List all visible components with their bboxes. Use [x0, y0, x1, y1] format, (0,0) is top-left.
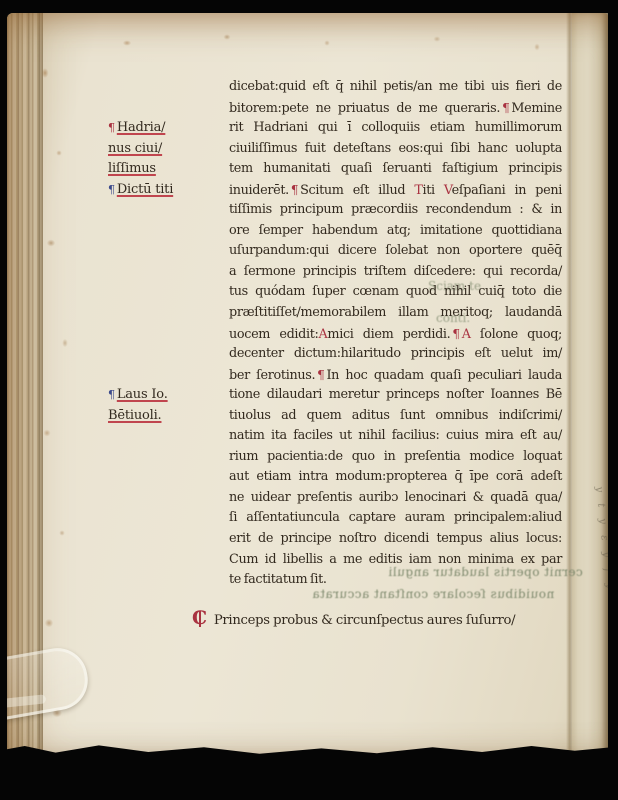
text-segment: te factitatum ſit. [229, 572, 327, 587]
text-line: te factitatum ſit. [229, 570, 562, 591]
text-line: a ſermone principis triſtem diſcedere: q… [229, 262, 562, 283]
rubricated-letter: A [462, 327, 471, 342]
text-line: bitorem:pete ne priuatus de me queraris.… [229, 98, 562, 119]
text-segment: tus quódam ſuper cœnam quod nihil cuiq̄ … [229, 284, 562, 299]
text-line: inuiderēt.¶Scitum eſt illud Titi Veſpaſi… [229, 180, 562, 201]
text-segment: ciuiliſſimus fuit deteſtans eos:qui ſibi… [229, 141, 562, 156]
margin-note-text: Bētiuoli. [108, 408, 161, 423]
text-line: decenter dictum:hilaritudo principis eſt… [229, 344, 562, 365]
main-text-block: dicebat:quid eſt q̄ nihil petis/an me ti… [229, 77, 562, 591]
text-segment: In hoc quadam quaſi peculiari lauda [326, 368, 562, 383]
text-segment: Memine [511, 101, 562, 116]
text-line: uocem edidit:Amici diem perdidi.¶A ſolon… [229, 324, 562, 345]
text-segment: bitorem:pete ne priuatus de me queraris. [229, 101, 500, 116]
pilcrow-mark: ¶ [315, 368, 326, 382]
text-segment: aut etiam intra modum:propterea q̄ īpe c… [229, 469, 562, 484]
text-segment: decenter dictum:hilaritudo principis eſt… [229, 346, 562, 361]
text-segment: præſtitiſſet/memorabilem illam meritoq; … [229, 305, 562, 320]
text-segment: a ſermone principis triſtem diſcedere: q… [229, 264, 562, 279]
text-segment: tem humanitati quaſi ſeruanti faſtigium … [229, 161, 562, 176]
text-segment: Scitum eſt illud [300, 183, 414, 198]
text-line: tus quódam ſuper cœnam quod nihil cuiq̄ … [229, 282, 562, 303]
text-line: tione dilaudari meretur princeps noſter … [229, 385, 562, 406]
margin-note-text: Hadria/ [117, 120, 166, 135]
text-line: erit de principe noſtro dicendi tempus a… [229, 529, 562, 550]
text-line: tiſſimis principum præcordiis recondendu… [229, 200, 562, 221]
text-line: ſi aſſentatiuncula captare auram princip… [229, 508, 562, 529]
text-segment: rium pacientia:de quo in preſentia modic… [229, 449, 562, 464]
text-line: ber ſerotinus.¶In hoc quadam quaſi pecul… [229, 365, 562, 386]
margin-note-text: liſſimus [108, 161, 156, 176]
margin-pilcrow-mark: ¶ [108, 121, 115, 134]
frame-left [0, 0, 7, 800]
text-segment: tiuolus ad quem aditus ſunt omnibus indi… [229, 408, 562, 423]
text-segment: inuiderēt. [229, 183, 289, 198]
text-line: uſurpandum:qui dicere ſolebat non oporte… [229, 241, 562, 262]
margin-note-line: Bētiuoli. [108, 406, 168, 427]
text-segment: tione dilaudari meretur princeps noſter … [229, 387, 562, 402]
footer-rubric-line: CPrinceps probus & circunſpectus aures ſ… [192, 611, 572, 628]
text-segment: uocem edidit: [229, 327, 319, 342]
rubricated-letter: T [414, 183, 422, 198]
margin-note-line: ¶Laus Io. [108, 385, 168, 406]
frame-bottom [0, 766, 618, 800]
text-segment: ſi aſſentatiuncula captare auram princip… [229, 510, 562, 525]
text-segment: dicebat:quid eſt q̄ nihil petis/an me ti… [229, 79, 562, 94]
margin-note-text: Laus Io. [117, 387, 168, 402]
text-line: ore ſemper habendum atq; imitatione quot… [229, 221, 562, 242]
margin-pilcrow-mark: ¶ [108, 388, 115, 401]
text-line: aut etiam intra modum:propterea q̄ īpe c… [229, 467, 562, 488]
margin-note-line: ¶Hadria/ [108, 118, 173, 139]
text-segment: eſpaſiani in peni [452, 183, 562, 198]
text-segment: Cum id libellis a me editis iam non mini… [229, 552, 562, 567]
text-line: Cum id libellis a me editis iam non mini… [229, 550, 562, 571]
text-segment: ne uidear preſentis auribɔ lenocinari & … [229, 490, 562, 505]
margin-note-text: nus ciui/ [108, 141, 162, 156]
photo-backdrop: ¶Hadria/nus ciui/liſſimus¶Dictū titi¶Lau… [0, 0, 618, 800]
frame-right [608, 0, 618, 800]
text-line: rium pacientia:de quo in preſentia modic… [229, 447, 562, 468]
page-stack-edges [7, 13, 43, 757]
text-segment: ore ſemper habendum atq; imitatione quot… [229, 223, 562, 238]
margin-note-line: nus ciui/ [108, 139, 173, 160]
text-segment: tiſſimis principum præcordiis recondendu… [229, 202, 562, 217]
rubricated-letter: V [444, 183, 452, 198]
text-line: ciuiliſſimus fuit deteſtans eos:qui ſibi… [229, 139, 562, 160]
frame-top [0, 0, 618, 13]
margin-note-group: ¶Laus Io.Bētiuoli. [108, 385, 168, 426]
marginalia-column: ¶Hadria/nus ciui/liſſimus¶Dictū titi¶Lau… [108, 13, 228, 757]
capitulum-mark: C [192, 611, 207, 625]
text-segment: rit Hadriani qui ī colloquiis etiam humi… [229, 120, 562, 135]
text-segment: uſurpandum:qui dicere ſolebat non oporte… [229, 243, 562, 258]
text-segment: Princeps probus & circunſpectus aures ſu… [214, 613, 515, 628]
text-line: tem humanitati quaſi ſeruanti faſtigium … [229, 159, 562, 180]
text-line: natim ita faciles ut nihil facilius: cui… [229, 426, 562, 447]
text-segment: iti [423, 183, 444, 198]
margin-pilcrow-mark: ¶ [108, 183, 115, 196]
text-segment: ſolone quoq; [471, 327, 562, 342]
text-segment: natim ita faciles ut nihil facilius: cui… [229, 428, 562, 443]
text-line: tiuolus ad quem aditus ſunt omnibus indi… [229, 406, 562, 427]
text-segment: ber ſerotinus. [229, 368, 315, 383]
margin-note-group: ¶Hadria/nus ciui/liſſimus¶Dictū titi [108, 118, 173, 200]
pilcrow-mark: ¶ [289, 183, 300, 197]
text-line: præſtitiſſet/memorabilem illam meritoq; … [229, 303, 562, 324]
text-line: dicebat:quid eſt q̄ nihil petis/an me ti… [229, 77, 562, 98]
text-segment: erit de principe noſtro dicendi tempus a… [229, 531, 562, 546]
pilcrow-mark: ¶ [500, 101, 511, 115]
margin-note-text: Dictū titi [117, 182, 173, 197]
text-segment: mici diem perdidi. [327, 327, 450, 342]
margin-note-line: liſſimus [108, 159, 173, 180]
text-line: ne uidear preſentis auribɔ lenocinari & … [229, 488, 562, 509]
pilcrow-mark: ¶ [450, 327, 461, 341]
margin-note-line: ¶Dictū titi [108, 180, 173, 201]
next-leaf-edge [572, 13, 608, 757]
text-line: rit Hadriani qui ī colloquiis etiam humi… [229, 118, 562, 139]
